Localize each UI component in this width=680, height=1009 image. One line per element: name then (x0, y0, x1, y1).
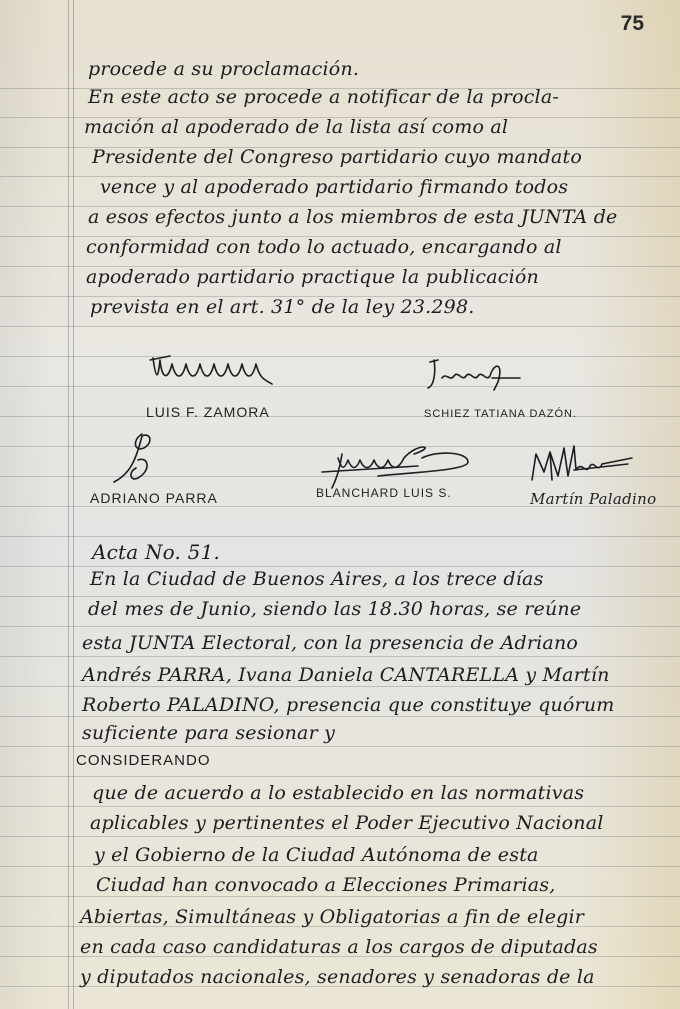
ruled-line (0, 776, 680, 777)
signature-mark (528, 440, 638, 490)
ruled-line (0, 686, 680, 687)
text-line: procede a su proclamación. (88, 58, 660, 80)
text-line: del mes de Junio, siendo las 18.30 horas… (88, 598, 660, 620)
text-line: prevista en el art. 31° de la ley 23.298… (90, 296, 660, 318)
text-line: esta JUNTA Electoral, con la presencia d… (82, 632, 660, 654)
text-line: que de acuerdo a lo establecido en las n… (92, 782, 660, 804)
signature-mark (108, 430, 168, 486)
ruled-line (0, 806, 680, 807)
ruled-line (0, 746, 680, 747)
ruled-line (0, 536, 680, 537)
signature-name: SCHIEZ TATIANA DAZÓN. (424, 408, 577, 420)
text-line: a esos efectos junto a los miembros de e… (88, 206, 660, 228)
act-heading: Acta No. 51. (92, 540, 660, 564)
ruled-line (0, 866, 680, 867)
text-line: mación al apoderado de la lista así como… (84, 116, 660, 138)
margin-line (68, 0, 69, 1009)
considerando-label: CONSIDERANDO (76, 752, 660, 769)
text-line: vence y al apoderado partidario firmando… (100, 176, 660, 198)
text-line: Presidente del Congreso partidario cuyo … (92, 146, 660, 168)
text-line: apoderado partidario practique la public… (86, 266, 660, 288)
text-line: En este acto se procede a notificar de l… (88, 86, 660, 108)
margin-line (73, 0, 74, 1009)
text-line: y el Gobierno de la Ciudad Autónoma de e… (94, 844, 660, 866)
ruled-line (0, 386, 680, 387)
text-line: y diputados nacionales, senadores y sena… (80, 966, 660, 988)
signature-mark (424, 352, 524, 396)
text-line: En la Ciudad de Buenos Aires, a los trec… (90, 568, 660, 590)
text-line: Roberto PALADINO, presencia que constitu… (82, 694, 660, 716)
ruled-line (0, 716, 680, 717)
signature-mark (148, 350, 278, 390)
signature-name: Martín Paladino (530, 490, 656, 508)
signature-name: LUIS F. ZAMORA (146, 404, 270, 420)
page-number: 75 (621, 12, 644, 36)
signature-name: ADRIANO PARRA (90, 490, 218, 506)
ruled-line (0, 896, 680, 897)
ruled-line (0, 566, 680, 567)
ruled-line (0, 356, 680, 357)
ruled-line (0, 626, 680, 627)
text-line: Ciudad han convocado a Elecciones Primar… (96, 874, 660, 896)
signature-name: BLANCHARD LUIS S. (316, 486, 452, 500)
text-line: conformidad con todo lo actuado, encarga… (86, 236, 660, 258)
text-line: aplicables y pertinentes el Poder Ejecut… (90, 812, 660, 834)
ruled-line (0, 836, 680, 837)
text-line: Andrés PARRA, Ivana Daniela CANTARELLA y… (82, 664, 660, 686)
ruled-line (0, 596, 680, 597)
ruled-line (0, 656, 680, 657)
ruled-line (0, 416, 680, 417)
notebook-page: 75 procede a su proclamación. En este ac… (0, 0, 680, 1009)
ruled-line (0, 326, 680, 327)
text-line: Abiertas, Simultáneas y Obligatorias a f… (80, 906, 660, 928)
signature-mark (318, 440, 478, 490)
text-line: suficiente para sesionar y (82, 722, 660, 744)
text-line: en cada caso candidaturas a los cargos d… (80, 936, 660, 958)
